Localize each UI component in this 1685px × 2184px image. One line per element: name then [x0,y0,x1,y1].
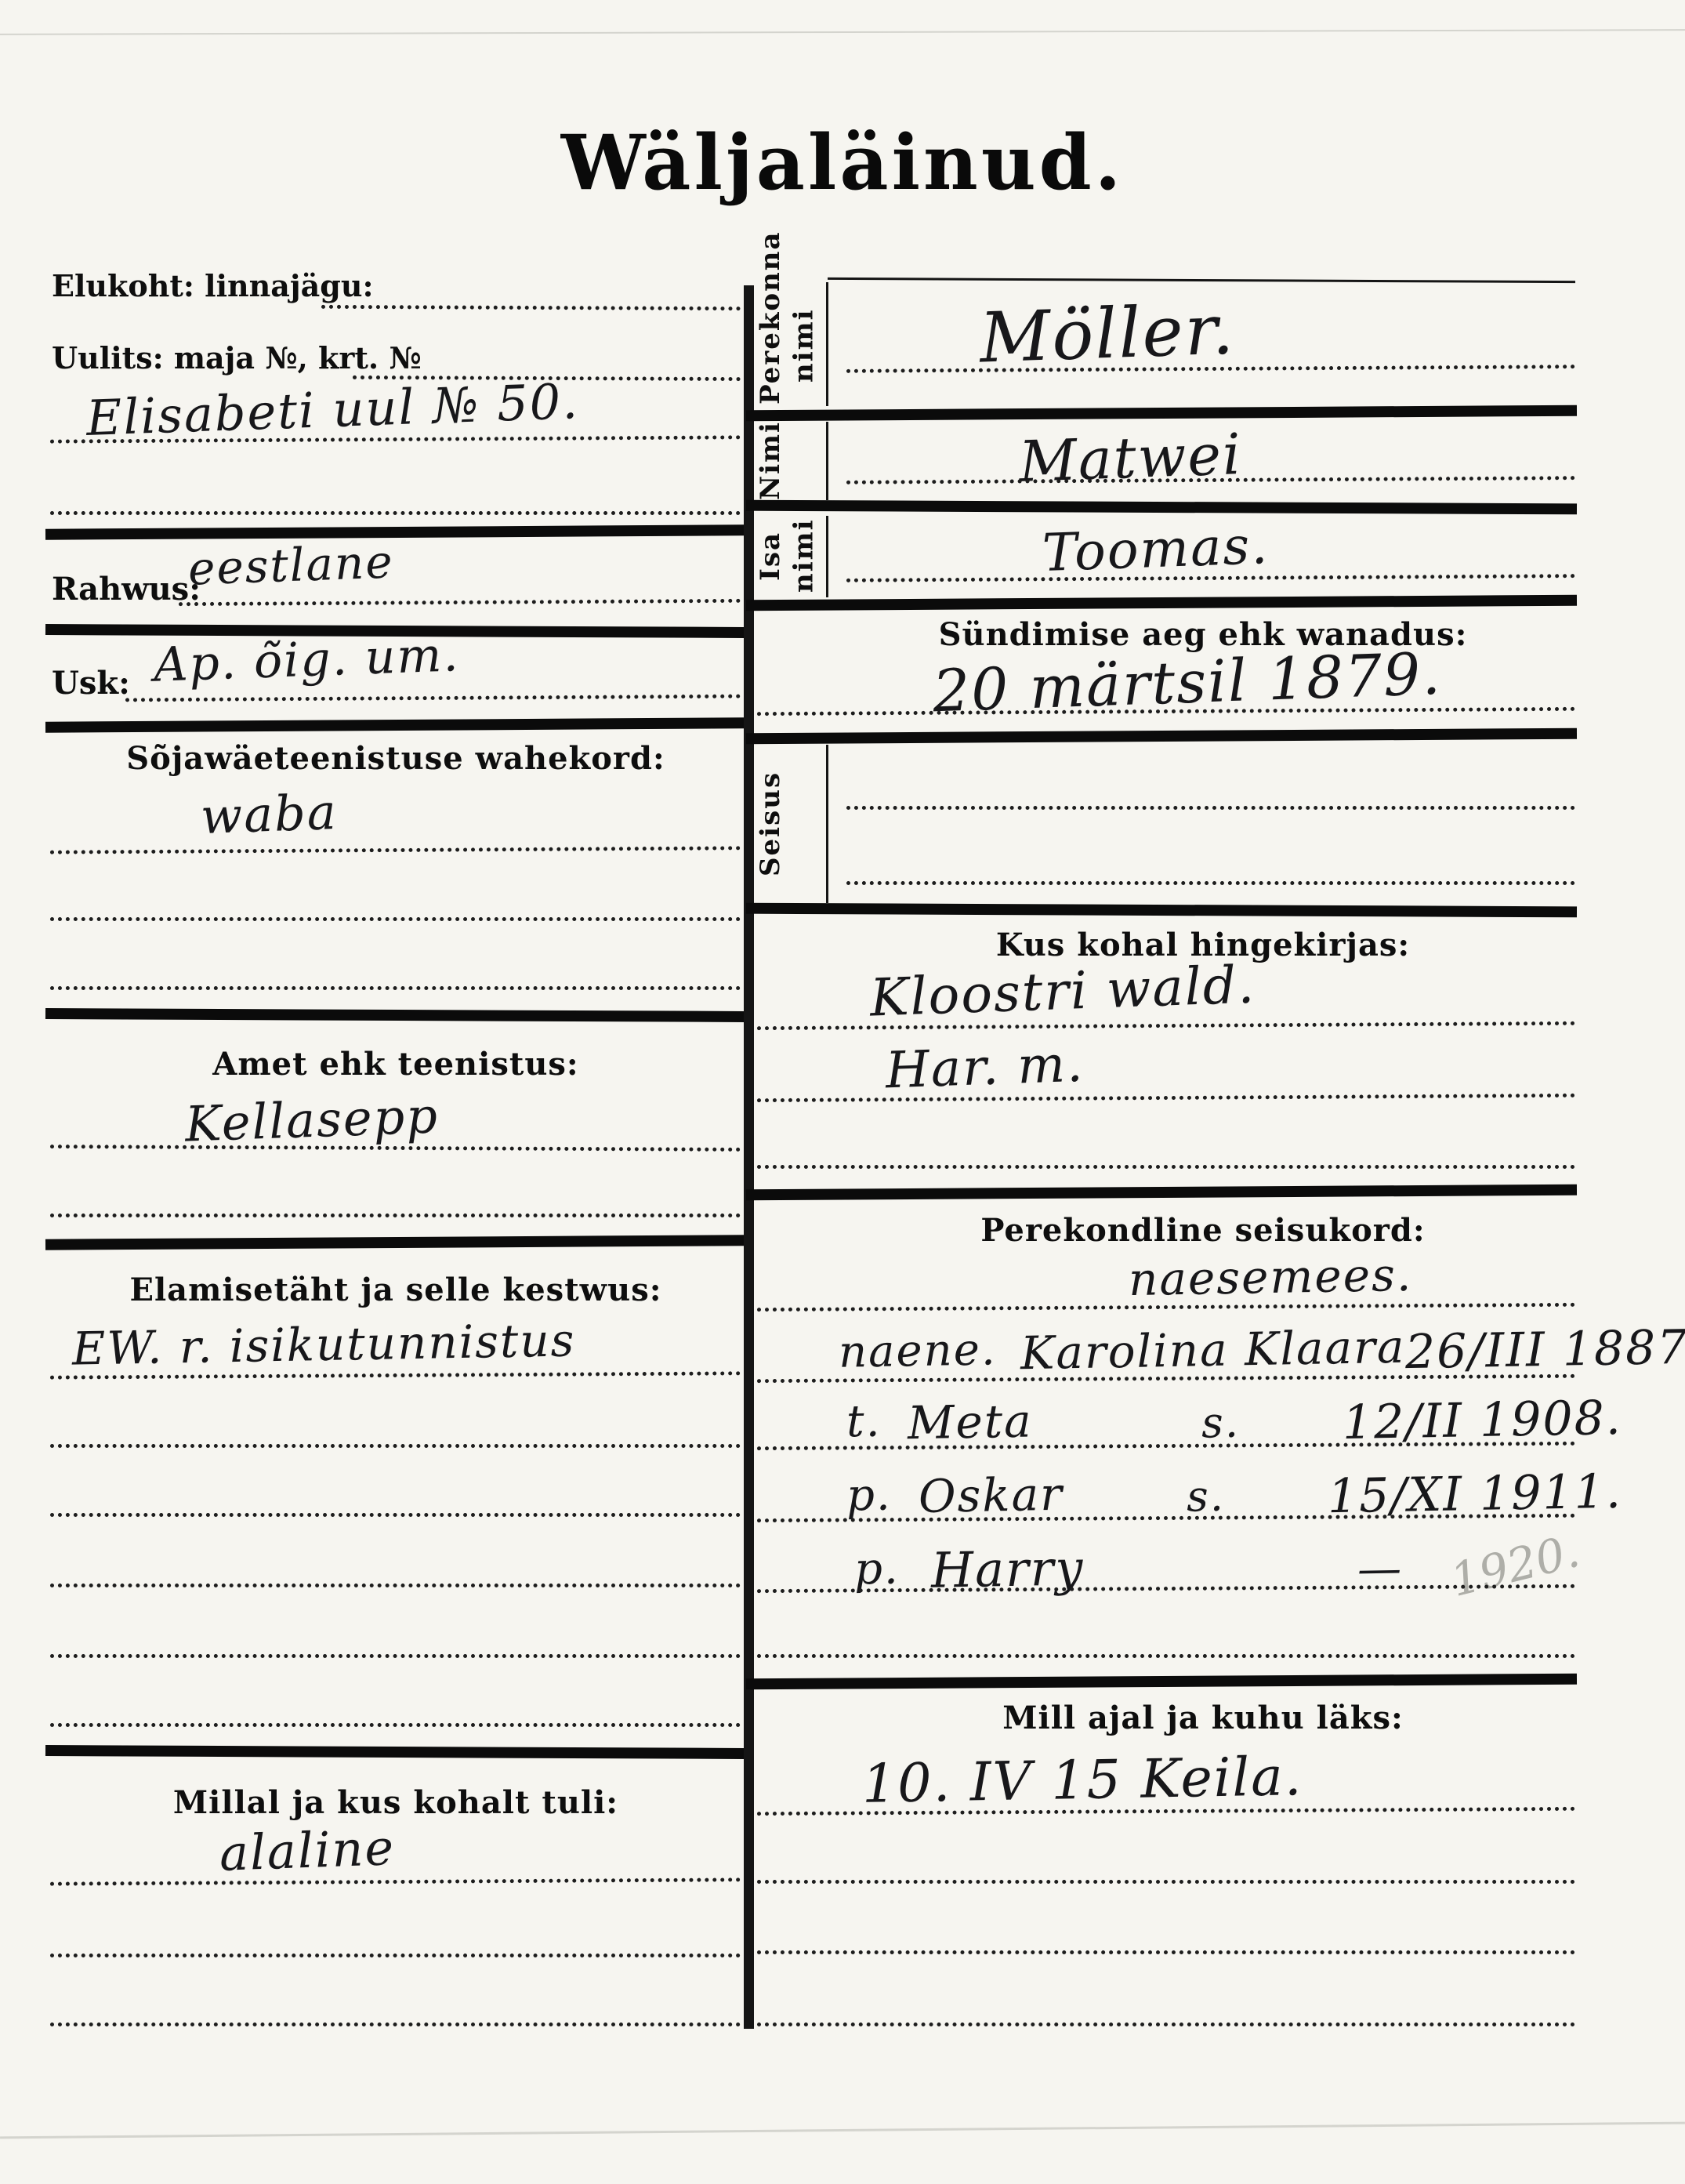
rule [321,305,741,310]
father-name-entry: Toomas. [1042,520,1270,579]
page-title: Wäljaläinud. [0,125,1685,201]
member-prefix: naene. [839,1328,998,1375]
member-mid: s. [1201,1399,1343,1444]
cell-border [826,422,828,500]
nationality-entry: eestlane [187,539,394,591]
divider [45,1008,745,1022]
member-name: Karolina Klaara [1020,1324,1405,1377]
occupation-entry: Kellasepp [184,1091,440,1148]
header-military: Sõjawäeteenistuse wahekord: [47,743,745,775]
divider [45,524,745,539]
rule [50,1654,741,1658]
family-member-row: naene. Karolina Klaara 26/III 1887 [839,1326,1669,1373]
divider [45,717,745,732]
label-rahwus: Rahwus: [52,574,201,605]
surname-entry: Möller. [979,295,1237,372]
rule [757,1654,1575,1658]
rule [50,1954,741,1957]
header-family: Perekondline seisukord: [831,1215,1575,1246]
rule [757,1950,1575,1954]
header-arrival: Millal ja kus kohalt tuli: [47,1787,745,1819]
member-date: 15/XI 1911. [1328,1468,1623,1521]
divider [746,903,1577,918]
rule [50,1145,741,1152]
member-mid: s. [1187,1473,1328,1518]
rule [50,917,741,921]
rule [179,599,741,606]
rule [50,1723,741,1727]
rule [757,1880,1575,1884]
rule [50,1513,741,1517]
divider [45,1745,745,1759]
rule [50,1584,741,1587]
member-name: Oskar [918,1469,1187,1519]
rule [50,1444,741,1448]
cell-border [826,282,828,406]
rule [50,2023,741,2026]
rule [125,695,741,702]
cell-border [826,745,828,903]
rule [757,2023,1575,2026]
address-entry: Elisabeti uul № 50. [85,377,580,443]
family-member-row: p. Oskar s. 15/XI 1911. [846,1471,1622,1518]
arrival-entry: alaline [219,1823,396,1878]
label-elukoht: Elukoht: linnajägu: [52,271,374,301]
header-permit: Elamisetäht ja selle kestwus: [47,1275,745,1306]
divider [746,500,1577,515]
religion-entry: Ap. õig. um. [153,631,460,689]
rule-thin [828,278,1575,283]
rule [757,1094,1575,1102]
scan-artifact-top [0,29,1685,35]
rule [50,511,741,515]
header-birth: Sündimise aeg ehk wanadus: [831,619,1575,651]
divider [746,595,1577,611]
member-date: 26/III 1887 [1404,1324,1685,1376]
divider [746,1674,1577,1689]
scan-artifact-bottom [0,2122,1685,2139]
rule [757,1165,1575,1169]
cell-border [826,516,828,597]
rule [50,1877,741,1885]
rule [50,1214,741,1217]
rule [50,846,741,854]
header-departure: Mill ajal ja kuhu läks: [831,1703,1575,1734]
parish-entry-1: Kloostri wald. [869,959,1256,1024]
member-name: Meta [908,1395,1202,1446]
parish-entry-2: Har. m. [885,1039,1085,1097]
divider [746,728,1577,744]
member-date: 12/II 1908. [1343,1395,1623,1446]
label-uulits: Uulits: maja №, krt. № [52,343,422,373]
label-usk: Usk: [52,668,130,699]
vlabel-surname: Perekonna nimi [754,287,826,405]
family-member-row: t. Meta s. 12/II 1908. [846,1397,1622,1444]
vlabel-father-name: Isa nimi [754,514,826,597]
member-prefix: t. [846,1400,882,1445]
pencil-note: 1920. [1446,1528,1583,1603]
vlabel-first-name: Nimi [754,422,826,500]
member-prefix: p. [846,1474,893,1518]
divider [746,1185,1577,1200]
divider [45,1235,745,1250]
military-entry: waba [200,788,339,841]
family-status-entry: naesemees. [1129,1252,1413,1302]
rule [50,986,741,990]
member-prefix: p. [854,1547,900,1592]
vlabel-status: Seisus [754,745,826,903]
divider [746,405,1577,421]
family-member-row: p. Harry — [854,1543,1403,1591]
rule [846,806,1575,810]
rule [846,881,1575,885]
departure-entry: 10. IV 15 Keila. [861,1750,1303,1812]
center-divider [744,285,754,2029]
permit-entry: EW. r. isikutunnistus [72,1317,576,1371]
registration-card: Wäljaläinud. Elukoht: linnajägu: Uulits:… [0,0,1685,2184]
header-occupation: Amet ehk teenistus: [47,1049,745,1080]
